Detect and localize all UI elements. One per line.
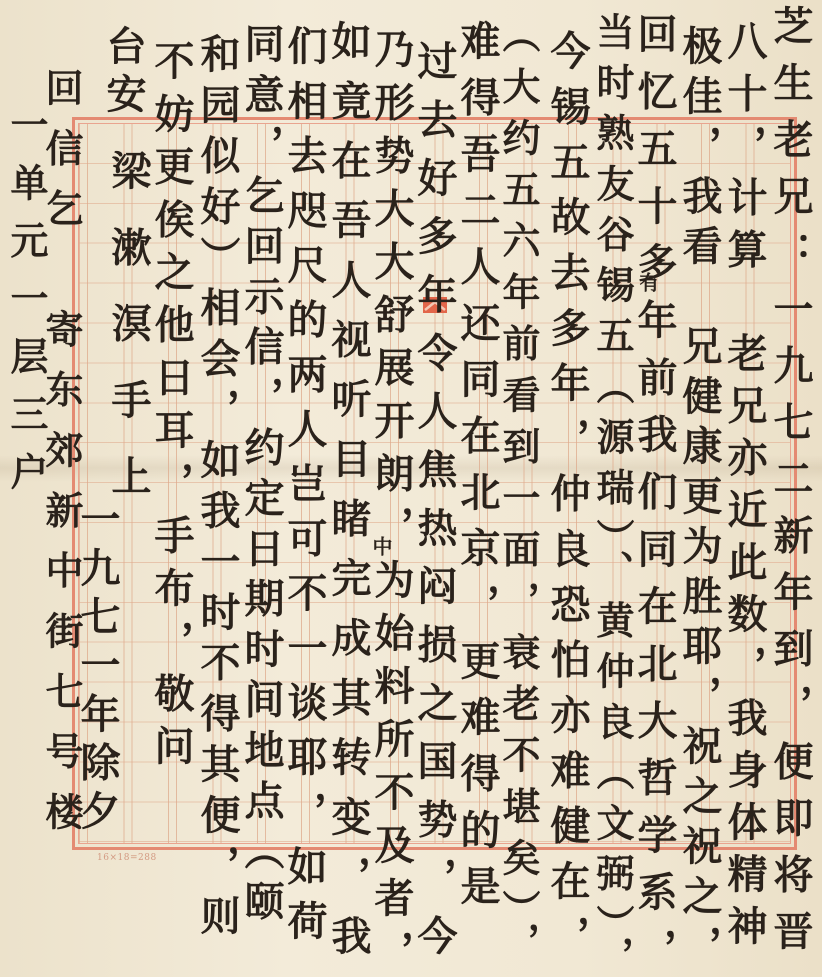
postscript-address-line-2: 一单元一层三户 <box>3 105 49 490</box>
closing-salutation: 台安 <box>100 25 146 113</box>
inserted-char-zhong: 中 <box>367 536 396 556</box>
paper-grid-stamp: 16×18=288 <box>97 853 157 863</box>
letter-column-8: 难得吾二人还同在北京，更难得的是 <box>454 20 500 905</box>
letter-column-15: 不妨更俟之他日耳，手布，敬问 <box>148 40 194 765</box>
letter-column-1: 芝生老兄：一九七二新年到，便即将晋 <box>767 5 813 950</box>
letter-column-2: 八十，计算 老兄亦近此数，我身体精神 <box>721 20 767 945</box>
letter-column-7: （大约五六年前看到一面，衰老不堪矣）， <box>495 15 541 960</box>
signature: 梁漱溟手上 <box>105 150 151 495</box>
inserted-char-you: 有 <box>634 272 663 292</box>
letter-paper: 16×18=288 芝生老兄：一九七二新年到，便即将晋 八十，计算 老兄亦近此数… <box>0 0 822 977</box>
letter-column-12: 们相去咫尺的两人岂可不一谈耶，如荷 <box>281 25 327 940</box>
letter-column-11: 如竟在吾人视听目睹完成其转变，我 <box>325 20 371 955</box>
letter-column-9: 过去好多年令人焦热闷损之国势，今 <box>411 40 457 955</box>
letter-column-13: 同意，乞回示信，约定日期时间地点（颐 <box>238 23 284 920</box>
letter-column-3: 极佳，我看 兄健康更为胜耶，祝之祝之， <box>676 25 722 965</box>
letter-column-6: 今锡五故去多年，仲良恐怕亦难健在， <box>544 30 590 955</box>
letter-column-4: 回忆五十多年前我们同在北大哲学系， <box>631 13 677 968</box>
letter-column-14: 和园似好）相会，如我一时不得其便，则 <box>194 33 240 935</box>
letter-column-5: 当时熟友谷锡五（源瑞）、黄仲良（文弼）， <box>589 12 635 974</box>
letter-column-10: 乃形势大大舒展开朗，为始料所不及者， <box>368 28 414 970</box>
